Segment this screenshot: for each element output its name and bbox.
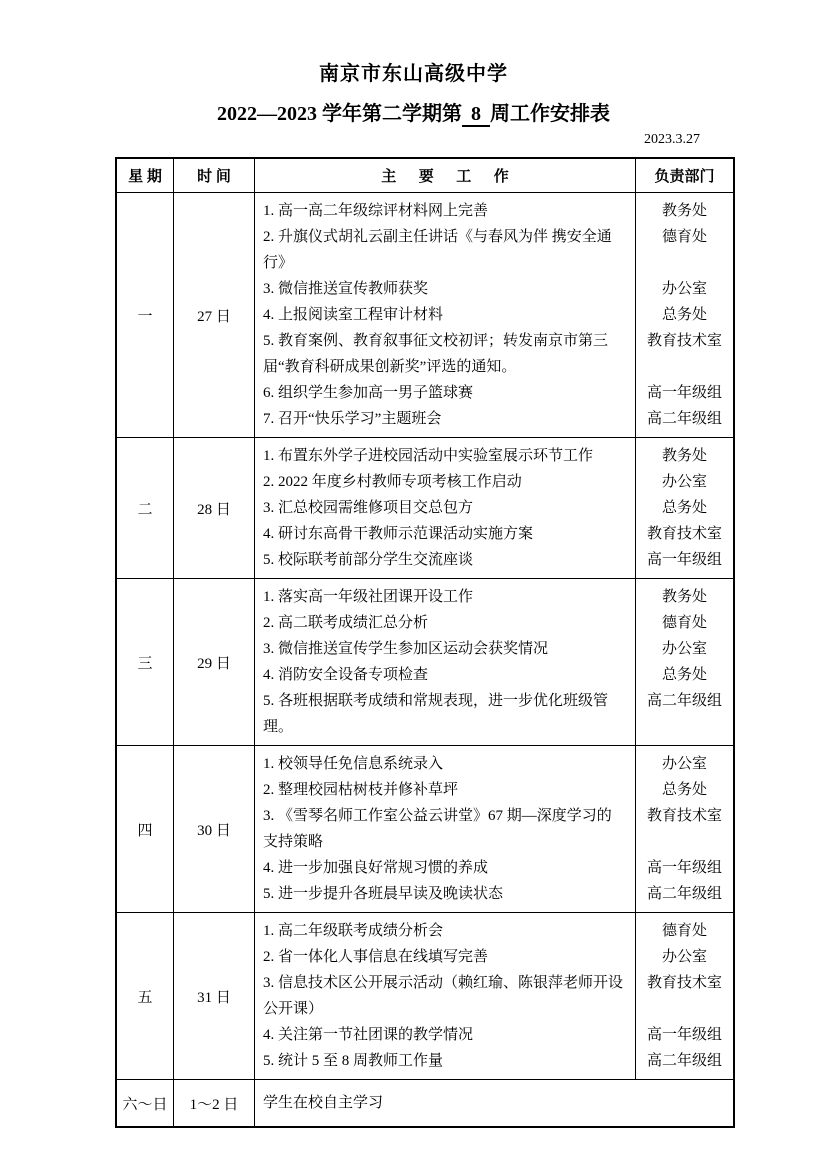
dept-text: 高一年级组 [636,547,733,573]
work-items-cell: 1. 校领导任免信息系统录入办公室2. 整理校园枯树枝并修补草坪总务处3. 《雪… [255,746,733,912]
work-item-text: 6. 组织学生参加高一男子篮球赛 [255,380,636,406]
day-cell: 三 [117,579,174,745]
work-item-text: 4. 关注第一节社团课的教学情况 [255,1022,636,1048]
work-item-text: 5. 统计 5 至 8 周教师工作量 [255,1048,636,1074]
work-item-text: 1. 布置东外学子进校园活动中实验室展示环节工作 [255,443,636,469]
table-row: 五 31 日 1. 高二年级联考成绩分析会德育处2. 省一体化人事信息在线填写完… [117,912,733,1079]
school-name: 南京市东山高级中学 [0,0,827,86]
dept-text: 教务处 [636,198,733,224]
dept-text: 德育处 [636,610,733,636]
dept-text: 总务处 [636,302,733,328]
work-item-text: 5. 校际联考前部分学生交流座谈 [255,547,636,573]
work-item-text: 5. 各班根据联考成绩和常规表现，进一步优化班级管理。 [255,688,636,740]
table-row: 一 27 日 1. 高一高二年级综评材料网上完善教务处2. 升旗仪式胡礼云副主任… [117,192,733,437]
day-cell: 四 [117,746,174,912]
day-cell: 五 [117,913,174,1079]
time-cell: 29 日 [174,579,255,745]
work-item-text: 3. 《雪琴名师工作室公益云讲堂》67 期—深度学习的支持策略 [255,803,636,855]
dept-text: 德育处 [636,224,733,276]
work-item-text: 5. 教育案例、教育叙事征文校初评；转发南京市第三届“教育科研成果创新奖”评选的… [255,328,636,380]
dept-text: 总务处 [636,662,733,688]
time-cell: 30 日 [174,746,255,912]
work-item-text: 1. 高一高二年级综评材料网上完善 [255,198,636,224]
work-items-cell: 1. 高一高二年级综评材料网上完善教务处2. 升旗仪式胡礼云副主任讲话《与春风为… [255,193,733,437]
dept-text: 教育技术室 [636,521,733,547]
work-item-text: 2. 升旗仪式胡礼云副主任讲话《与春风为伴 携安全通行》 [255,224,636,276]
work-item-text: 4. 进一步加强良好常规习惯的养成 [255,855,636,881]
dept-text: 教育技术室 [636,803,733,855]
dept-text: 高二年级组 [636,1048,733,1074]
dept-text: 高一年级组 [636,855,733,881]
dept-text: 高一年级组 [636,380,733,406]
work-item-text: 3. 微信推送宣传学生参加区运动会获奖情况 [255,636,636,662]
doc-date: 2023.3.27 [0,132,827,148]
work-item-text: 7. 召开“快乐学习”主题班会 [255,406,636,432]
dept-text: 教育技术室 [636,970,733,1022]
dept-text: 高二年级组 [636,406,733,432]
table-header-row: 星 期 时 间 主 要 工 作 负责部门 [117,159,733,192]
dept-text: 高一年级组 [636,1022,733,1048]
dept-text: 总务处 [636,777,733,803]
work-items-cell: 1. 落实高一年级社团课开设工作教务处2. 高二联考成绩汇总分析德育处3. 微信… [255,579,733,745]
work-items-cell: 1. 布置东外学子进校园活动中实验室展示环节工作教务处2. 2022 年度乡村教… [255,438,733,578]
time-cell: 31 日 [174,913,255,1079]
dept-text: 办公室 [636,636,733,662]
table-row: 六～日 1～2 日 学生在校自主学习 [117,1079,733,1126]
doc-title-prefix: 2022—2023 学年第二学期第 [217,103,462,125]
dept-text: 高二年级组 [636,881,733,907]
dept-text: 总务处 [636,495,733,521]
work-item-text: 学生在校自主学习 [255,1090,733,1116]
work-item-text: 4. 上报阅读室工程审计材料 [255,302,636,328]
work-item-text: 3. 微信推送宣传教师获奖 [255,276,636,302]
col-header-day: 星 期 [117,159,174,192]
dept-text: 教务处 [636,584,733,610]
doc-title-suffix: 周工作安排表 [490,103,610,125]
time-cell: 27 日 [174,193,255,437]
work-item-text: 3. 汇总校园需维修项目交总包方 [255,495,636,521]
dept-text: 高二年级组 [636,688,733,740]
table-row: 三 29 日 1. 落实高一年级社团课开设工作教务处2. 高二联考成绩汇总分析德… [117,578,733,745]
work-item-text: 5. 进一步提升各班晨早读及晚读状态 [255,881,636,907]
col-header-dept: 负责部门 [636,159,733,192]
work-item-text: 2. 2022 年度乡村教师专项考核工作启动 [255,469,636,495]
day-cell: 二 [117,438,174,578]
work-item-text: 4. 研讨东高骨干教师示范课活动实施方案 [255,521,636,547]
week-number: 8 [462,103,490,127]
col-header-work: 主 要 工 作 [255,159,636,192]
work-items-cell: 学生在校自主学习 [255,1080,733,1126]
work-item-text: 1. 高二年级联考成绩分析会 [255,918,636,944]
dept-text: 办公室 [636,469,733,495]
day-cell: 一 [117,193,174,437]
dept-text: 教育技术室 [636,328,733,380]
work-item-text: 3. 信息技术区公开展示活动（赖红瑜、陈银萍老师开设公开课） [255,970,636,1022]
time-cell: 1～2 日 [174,1080,255,1126]
work-item-text: 1. 校领导任免信息系统录入 [255,751,636,777]
dept-text: 办公室 [636,751,733,777]
work-item-text: 2. 省一体化人事信息在线填写完善 [255,944,636,970]
document-page: 南京市东山高级中学 2022—2023 学年第二学期第8周工作安排表 2023.… [0,0,827,1170]
table-row: 四 30 日 1. 校领导任免信息系统录入办公室2. 整理校园枯树枝并修补草坪总… [117,745,733,912]
work-item-text: 1. 落实高一年级社团课开设工作 [255,584,636,610]
work-items-cell: 1. 高二年级联考成绩分析会德育处2. 省一体化人事信息在线填写完善办公室3. … [255,913,733,1079]
doc-title: 2022—2023 学年第二学期第8周工作安排表 [0,97,827,127]
dept-text: 德育处 [636,918,733,944]
work-item-text: 4. 消防安全设备专项检查 [255,662,636,688]
schedule-body: 一 27 日 1. 高一高二年级综评材料网上完善教务处2. 升旗仪式胡礼云副主任… [117,192,733,1126]
work-item-text: 2. 高二联考成绩汇总分析 [255,610,636,636]
dept-text: 办公室 [636,276,733,302]
dept-text: 办公室 [636,944,733,970]
time-cell: 28 日 [174,438,255,578]
dept-text: 教务处 [636,443,733,469]
table-row: 二 28 日 1. 布置东外学子进校园活动中实验室展示环节工作教务处2. 202… [117,437,733,578]
day-cell: 六～日 [117,1080,174,1126]
schedule-table: 星 期 时 间 主 要 工 作 负责部门 一 27 日 1. 高一高二年级综评材… [115,157,735,1128]
col-header-time: 时 间 [174,159,255,192]
work-item-text: 2. 整理校园枯树枝并修补草坪 [255,777,636,803]
